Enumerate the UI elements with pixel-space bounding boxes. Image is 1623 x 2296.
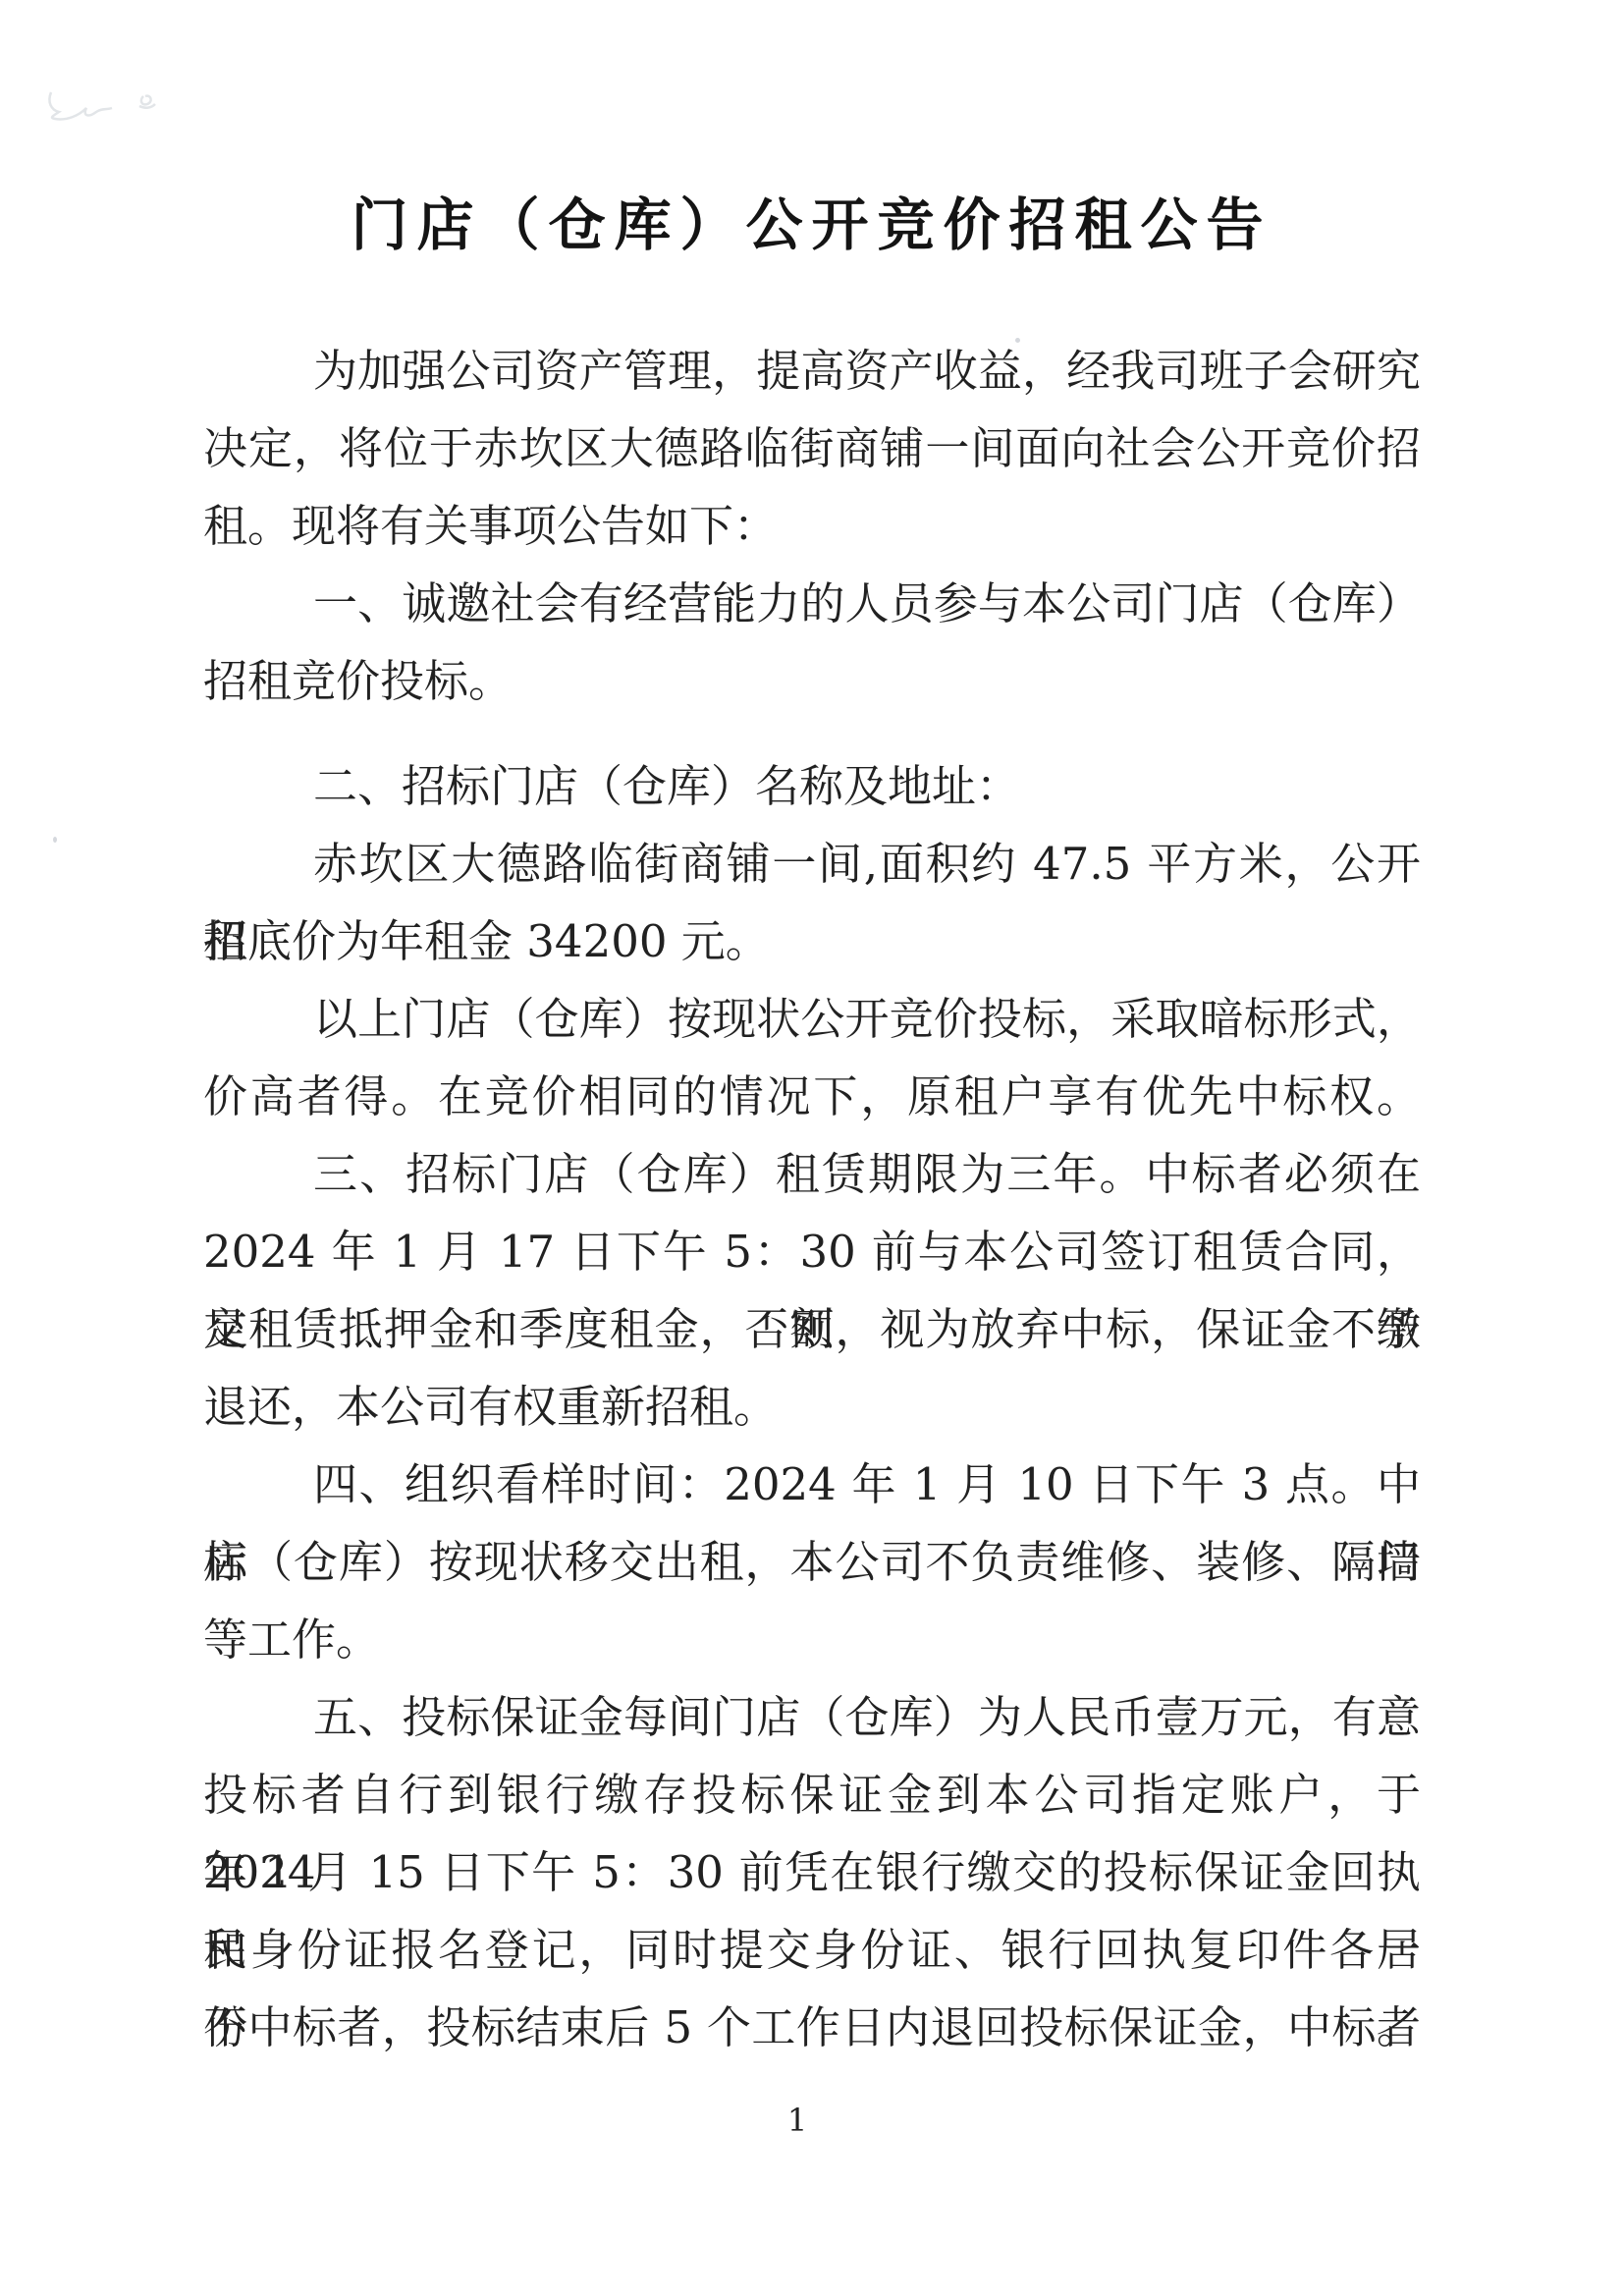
body-line: 招租竞价投标。 (203, 642, 1421, 720)
body-line: 投标者自行到银行缴存投标保证金到本公司指定账户，于 2024 (203, 1756, 1421, 1833)
body-line: 2024 年 1 月 17 日下午 5：30 前与本公司签订租赁合同，足额缴 (203, 1213, 1421, 1290)
body-line: 价高者得。在竞价相同的情况下，原租户享有优先中标权。 (203, 1058, 1421, 1135)
body-line: 店（仓库）按现状移交出租，本公司不负责维修、装修、隔墙 (203, 1523, 1421, 1601)
body-line: 二、招标门店（仓库）名称及地址： (203, 747, 1421, 825)
body-line: 赤坎区大德路临街商铺一间,面积约 47.5 平方米，公开招 (203, 825, 1421, 902)
body-line: 三、招标门店（仓库）租赁期限为三年。中标者必须在 (203, 1135, 1421, 1213)
body-line: 五、投标保证金每间门店（仓库）为人民币壹万元，有意 (203, 1678, 1421, 1756)
document-body: 为加强公司资产管理，提高资产收益，经我司班子会研究 决定，将位于赤坎区大德路临街… (203, 332, 1421, 2066)
body-line: 一、诚邀社会有经营能力的人员参与本公司门店（仓库） (203, 565, 1421, 642)
body-line: 等工作。 (203, 1601, 1421, 1678)
body-line: 四、组织看样时间：2024 年 1 月 10 日下午 3 点。中标门 (203, 1446, 1421, 1523)
handwriting-smudge-mark (37, 67, 194, 130)
body-line: 租底价为年租金 34200 元。 (203, 902, 1421, 980)
body-line: 交租赁抵押金和季度租金，否则，视为放弃中标，保证金不予 (203, 1290, 1421, 1368)
document-title: 门店（仓库）公开竞价招租公告 (0, 179, 1623, 261)
body-line: 为加强公司资产管理，提高资产收益，经我司班子会研究 (203, 332, 1421, 410)
body-line: 民身份证报名登记，同时提交身份证、银行回执复印件各一份。 (203, 1911, 1421, 1989)
body-line: 以上门店（仓库）按现状公开竞价投标，采取暗标形式， (203, 980, 1421, 1058)
scanned-document-page: 门店（仓库）公开竞价招租公告 为加强公司资产管理，提高资产收益，经我司班子会研究… (0, 0, 1623, 2296)
body-line: 租。现将有关事项公告如下： (203, 487, 1421, 565)
body-line: 不中标者，投标结束后 5 个工作日内退回投标保证金，中标者 (203, 1989, 1421, 2066)
body-line: 退还，本公司有权重新招租。 (203, 1368, 1421, 1446)
page-number: 1 (0, 2102, 1595, 2139)
body-line: 年 1 月 15 日下午 5：30 前凭在银行缴交的投标保证金回执和居 (203, 1833, 1421, 1911)
body-line: 决定，将位于赤坎区大德路临街商铺一间面向社会公开竞价招 (203, 410, 1421, 487)
scan-speck (53, 837, 57, 843)
